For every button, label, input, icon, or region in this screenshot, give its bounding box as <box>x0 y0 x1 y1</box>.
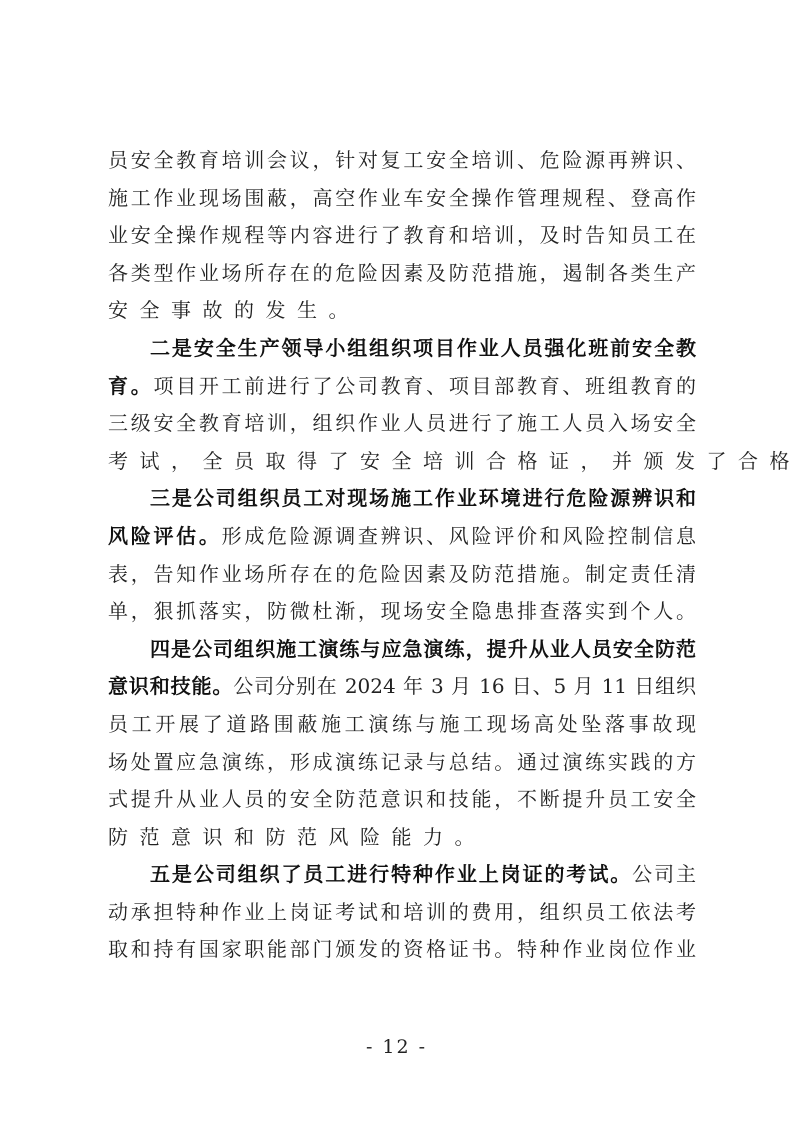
text-line: 动承担特种作业上岗证考试和培训的费用，组织员工依法考 <box>108 894 696 932</box>
text-line: 考试，全员取得了安全培训合格证，并颁发了合格证明。 <box>108 443 696 481</box>
line-text: 三级安全教育培训，组织作业人员进行了施工人员入场安全 <box>108 411 696 435</box>
line-text: 公司分别在 2024 年 3 月 16 日、5 月 11 日组织 <box>233 674 696 698</box>
text-line: 安全事故的发生。 <box>108 292 696 330</box>
line-text: 项目开工前进行了公司教育、项目部教育、班组教育的 <box>153 374 696 398</box>
line-text: 业安全操作规程等内容进行了教育和培训，及时告知员工在 <box>108 223 696 247</box>
text-line: 风险评估。形成危险源调查辨识、风险评价和风险控制信息 <box>108 518 696 556</box>
text-line: 员工开展了道路围蔽施工演练与施工现场高处坠落事故现 <box>108 706 696 744</box>
text-line: 育。项目开工前进行了公司教育、项目部教育、班组教育的 <box>108 368 696 406</box>
text-line: 施工作业现场围蔽，高空作业车安全操作管理规程、登高作 <box>108 180 696 218</box>
text-line: 四是公司组织施工演练与应急演练，提升从业人员安全防范 <box>108 631 696 669</box>
text-line: 场处置应急演练，形成演练记录与总结。通过演练实践的方 <box>108 744 696 782</box>
text-line: 员安全教育培训会议，针对复工安全培训、危险源再辨识、 <box>108 142 696 180</box>
text-line: 取和持有国家职能部门颁发的资格证书。特种作业岗位作业 <box>108 931 696 969</box>
text-line: 表，告知作业场所存在的危险因素及防范措施。制定责任清 <box>108 556 696 594</box>
line-text: 取和持有国家职能部门颁发的资格证书。特种作业岗位作业 <box>108 937 696 961</box>
line-text: 式提升从业人员的安全防范意识和技能，不断提升员工安全 <box>108 787 696 811</box>
document-page: 员安全教育培训会议，针对复工安全培训、危险源再辨识、 施工作业现场围蔽，高空作业… <box>0 0 793 1122</box>
lead-sentence: 风险评估。 <box>108 524 222 548</box>
lead-sentence: 意识和技能。 <box>108 674 233 698</box>
text-line: 各类型作业场所存在的危险因素及防范措施，遏制各类生产 <box>108 255 696 293</box>
paragraph-item-4: 四是公司组织施工演练与应急演练，提升从业人员安全防范 意识和技能。公司分别在 2… <box>108 631 696 857</box>
text-line: 二是安全生产领导小组组织项目作业人员强化班前安全教 <box>108 330 696 368</box>
line-text: 施工作业现场围蔽，高空作业车安全操作管理规程、登高作 <box>108 186 696 210</box>
text-line: 单，狠抓落实，防微杜渐，现场安全隐患排查落实到个人。 <box>108 593 696 631</box>
line-text: 单，狠抓落实，防微杜渐，现场安全隐患排查落实到个人。 <box>108 599 696 623</box>
line-text: 公司主 <box>632 862 696 886</box>
page-number: - 12 - <box>0 1036 793 1058</box>
line-text: 场处置应急演练，形成演练记录与总结。通过演练实践的方 <box>108 750 696 774</box>
text-line: 式提升从业人员的安全防范意识和技能，不断提升员工安全 <box>108 781 696 819</box>
line-text: 员安全教育培训会议，针对复工安全培训、危险源再辨识、 <box>108 148 696 172</box>
paragraph-item-2: 二是安全生产领导小组组织项目作业人员强化班前安全教 育。项目开工前进行了公司教育… <box>108 330 696 480</box>
paragraph-item-5: 五是公司组织了员工进行特种作业上岗证的考试。公司主 动承担特种作业上岗证考试和培… <box>108 856 696 969</box>
line-text: 安全事故的发生。 <box>108 298 360 322</box>
line-text: 各类型作业场所存在的危险因素及防范措施，遏制各类生产 <box>108 261 696 285</box>
line-text: 防范意识和防范风险能力。 <box>108 825 486 849</box>
line-text: 形成危险源调查辨识、风险评价和风险控制信息 <box>222 524 696 548</box>
paragraph-continuation: 员安全教育培训会议，针对复工安全培训、危险源再辨识、 施工作业现场围蔽，高空作业… <box>108 142 696 330</box>
lead-sentence: 四是公司组织施工演练与应急演练，提升从业人员安全防范 <box>150 637 696 661</box>
text-line: 三级安全教育培训，组织作业人员进行了施工人员入场安全 <box>108 405 696 443</box>
lead-sentence: 三是公司组织员工对现场施工作业环境进行危险源辨识和 <box>150 486 696 510</box>
lead-sentence: 育。 <box>108 374 153 398</box>
paragraph-item-3: 三是公司组织员工对现场施工作业环境进行危险源辨识和 风险评估。形成危险源调查辨识… <box>108 480 696 630</box>
text-line: 五是公司组织了员工进行特种作业上岗证的考试。公司主 <box>108 856 696 894</box>
line-text: 动承担特种作业上岗证考试和培训的费用，组织员工依法考 <box>108 900 696 924</box>
line-text: 员工开展了道路围蔽施工演练与施工现场高处坠落事故现 <box>108 712 696 736</box>
text-line: 业安全操作规程等内容进行了教育和培训，及时告知员工在 <box>108 217 696 255</box>
line-text: 考试，全员取得了安全培训合格证，并颁发了合格证明。 <box>108 449 793 473</box>
text-line: 防范意识和防范风险能力。 <box>108 819 696 857</box>
body-text: 员安全教育培训会议，针对复工安全培训、危险源再辨识、 施工作业现场围蔽，高空作业… <box>108 142 696 969</box>
text-line: 意识和技能。公司分别在 2024 年 3 月 16 日、5 月 11 日组织 <box>108 668 696 706</box>
lead-sentence: 五是公司组织了员工进行特种作业上岗证的考试。 <box>150 862 632 886</box>
lead-sentence: 二是安全生产领导小组组织项目作业人员强化班前安全教 <box>150 336 696 360</box>
line-text: 表，告知作业场所存在的危险因素及防范措施。制定责任清 <box>108 562 696 586</box>
text-line: 三是公司组织员工对现场施工作业环境进行危险源辨识和 <box>108 480 696 518</box>
